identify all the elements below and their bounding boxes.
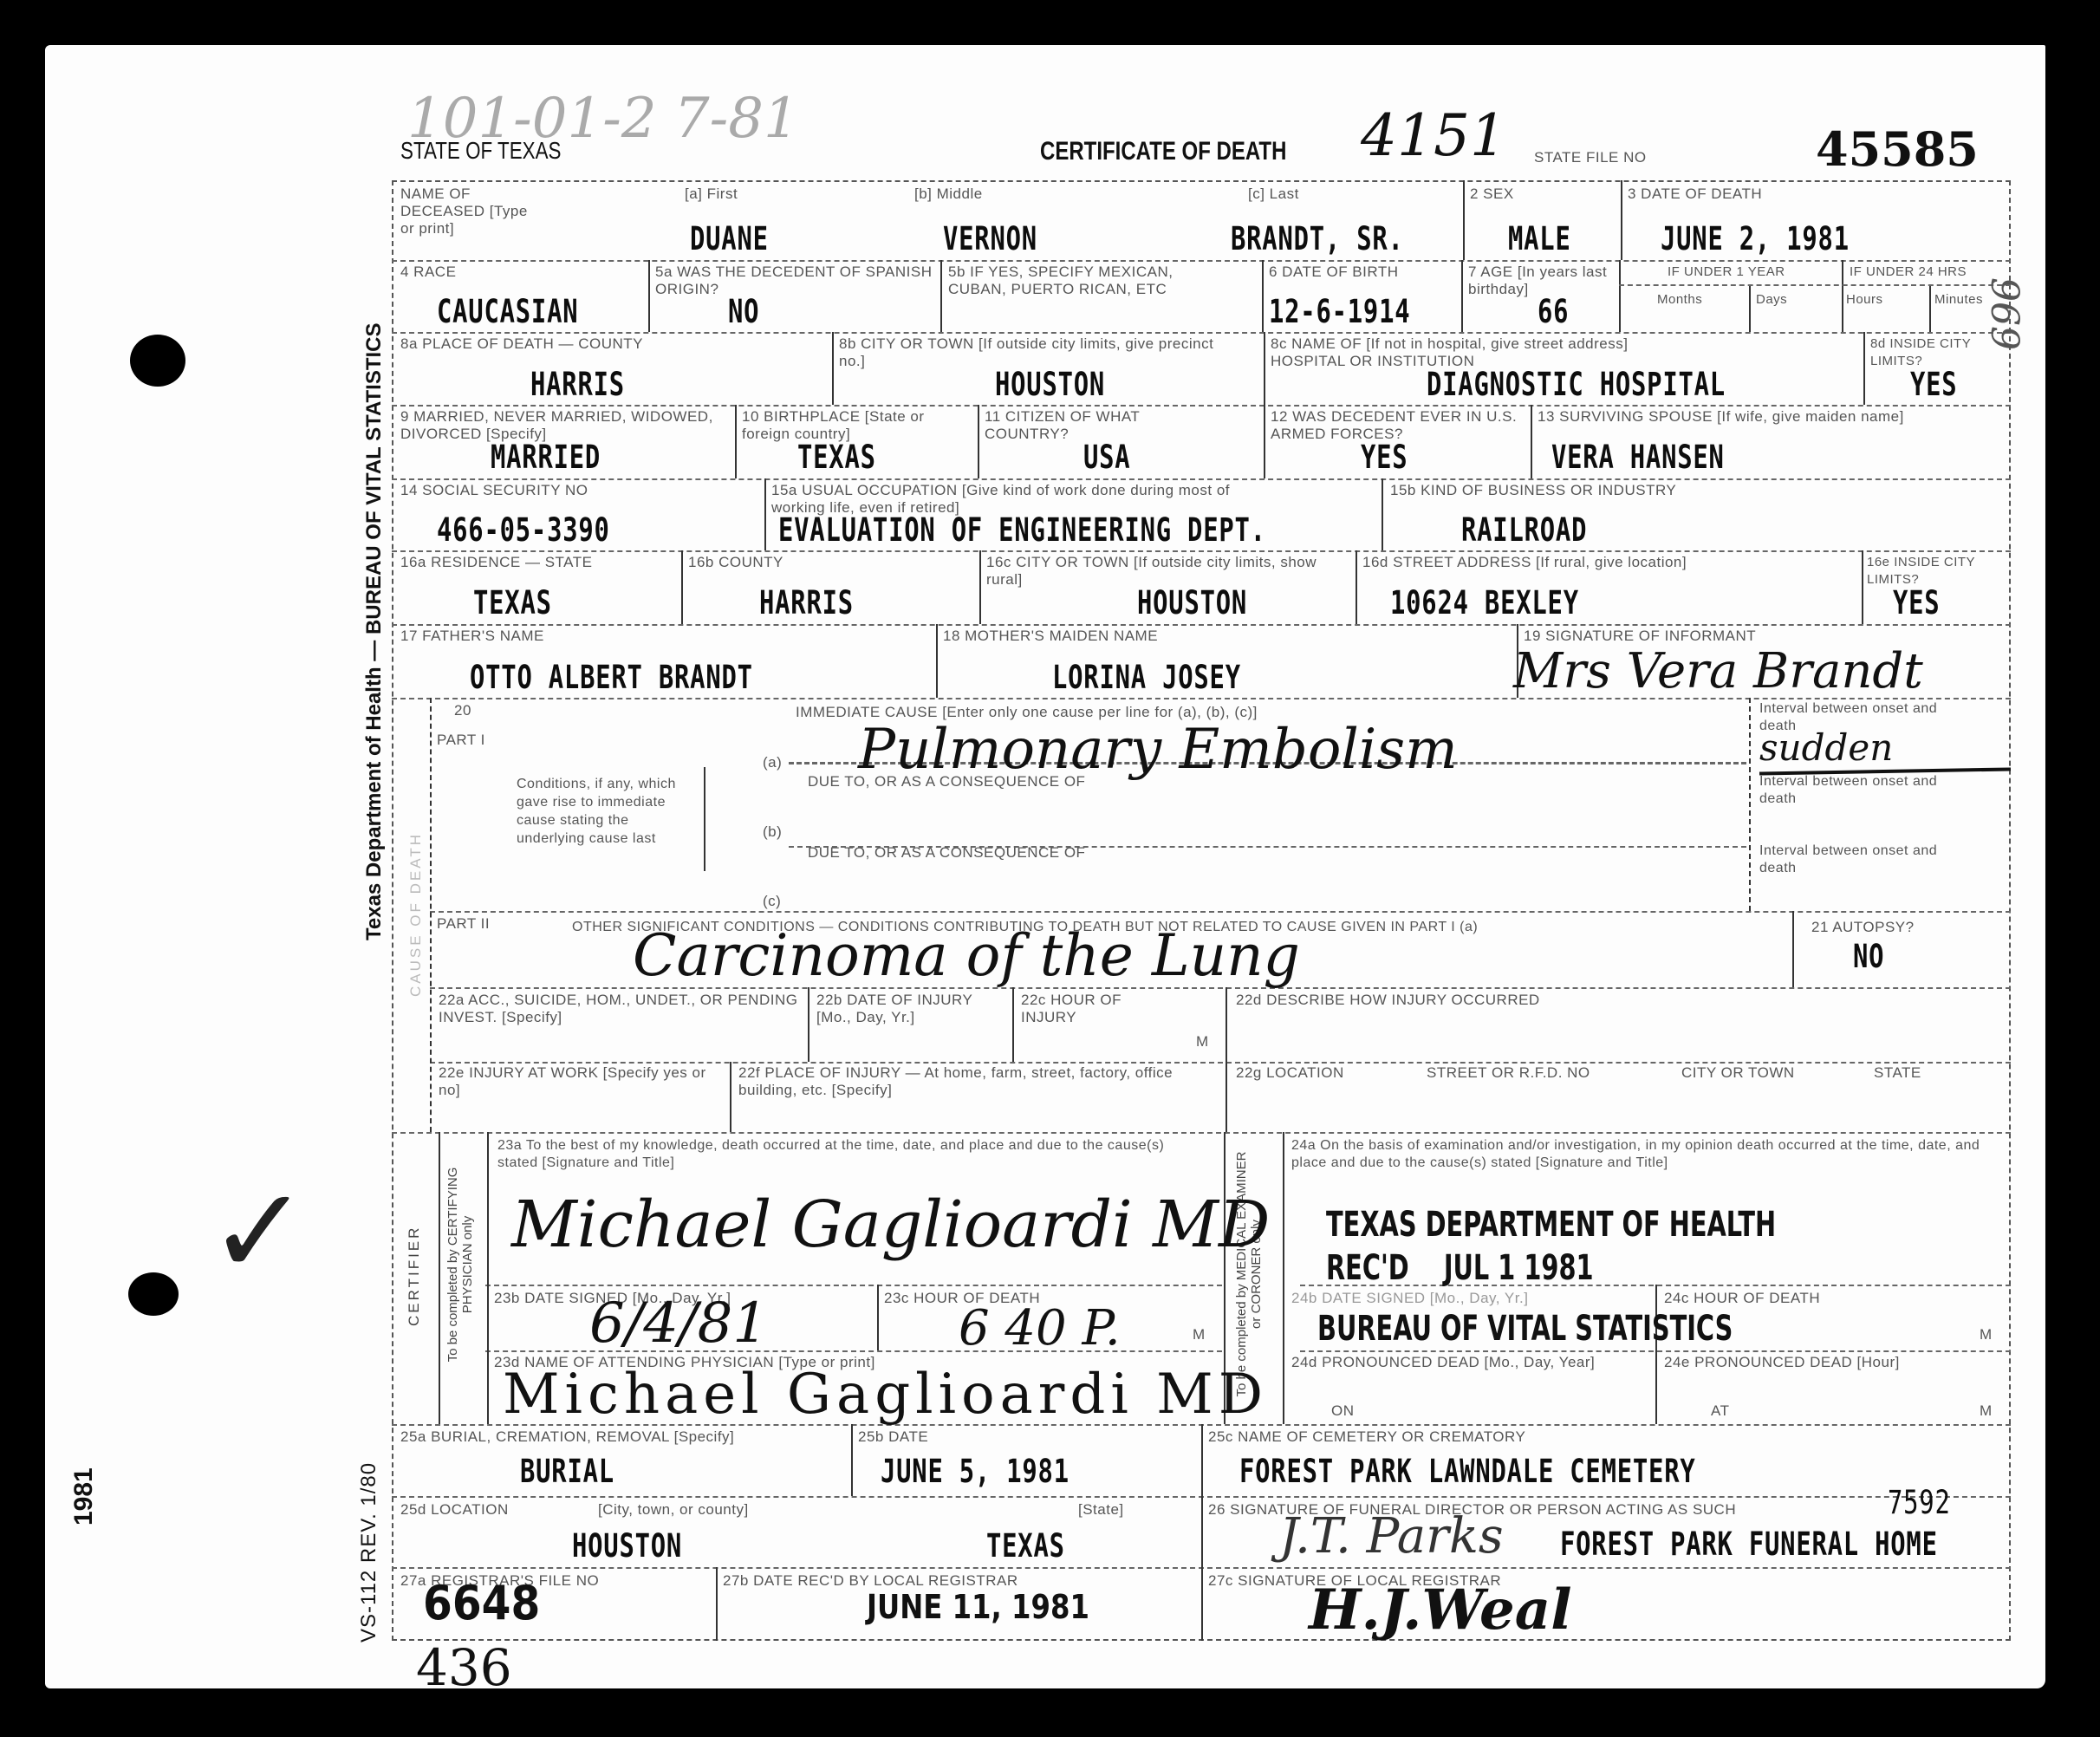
label-24c-m: M xyxy=(1980,1326,1993,1343)
label-22g: 22g LOCATION xyxy=(1236,1064,1344,1082)
race-value[interactable]: CAUCASIAN xyxy=(437,293,578,330)
place-city-value[interactable]: HOUSTON xyxy=(995,366,1105,403)
handwritten-local-no: 4151 xyxy=(1361,102,1506,169)
label-birthplace: 10 BIRTHPLACE [State or foreign country] xyxy=(742,408,976,443)
state-label: STATE OF TEXAS xyxy=(400,137,561,165)
received-stamp-line3: BUREAU OF VITAL STATISTICS xyxy=(1317,1309,1733,1349)
label-25d-state-hint: [State] xyxy=(1078,1501,1124,1519)
label-interval-3: Interval between onset and death xyxy=(1759,842,1976,877)
label-spanish-origin: 5a WAS THE DECEDENT OF SPANISH ORIGIN? xyxy=(655,263,933,298)
occupation-value[interactable]: EVALUATION OF ENGINEERING DEPT. xyxy=(778,511,1266,549)
bureau-vertical-label: Texas Department of Health — BUREAU OF V… xyxy=(362,322,387,940)
label-24c: 24c HOUR OF DEATH xyxy=(1664,1290,1820,1307)
label-part-2: PART II xyxy=(437,915,490,933)
label-name-of-deceased: NAME OF DECEASED [Type or print] xyxy=(400,185,530,237)
label-race: 4 RACE xyxy=(400,263,456,281)
label-22e: 22e INJURY AT WORK [Specify yes or no] xyxy=(439,1064,716,1099)
label-23c-m: M xyxy=(1193,1326,1206,1343)
label-residence-county: 16b COUNTY xyxy=(688,554,783,571)
check-mark: ✓ xyxy=(208,1161,309,1303)
label-street-address: 16d STREET ADDRESS [If rural, give locat… xyxy=(1362,554,1687,571)
bottom-handwritten-number: 436 xyxy=(416,1638,512,1697)
label-inside-city-16e: 16e INSIDE CITY LIMITS? xyxy=(1867,554,2006,589)
label-months: Months xyxy=(1657,291,1702,309)
label-22d: 22d DESCRIBE HOW INJURY OCCURRED xyxy=(1236,992,1540,1009)
age-value[interactable]: 66 xyxy=(1538,293,1569,330)
label-days: Days xyxy=(1756,291,1787,309)
inside-city-16e-value[interactable]: YES xyxy=(1893,584,1940,621)
label-citizen: 11 CITIZEN OF WHAT COUNTRY? xyxy=(985,408,1210,443)
registrar-signature[interactable]: H.J.Weal xyxy=(1309,1578,1572,1643)
date-signed-value[interactable]: 6/4/81 xyxy=(589,1291,768,1356)
funeral-home-value[interactable]: FOREST PARK FUNERAL HOME xyxy=(1560,1526,1938,1563)
label-24b: 24b DATE SIGNED [Mo., Day, Yr.] xyxy=(1291,1290,1528,1307)
hour-of-death-value[interactable]: 6 40 P. xyxy=(959,1300,1121,1356)
label-22g-state: STATE xyxy=(1874,1064,1921,1082)
label-date-of-birth: 6 DATE OF BIRTH xyxy=(1269,263,1399,281)
date-of-death-value[interactable]: JUNE 2, 1981 xyxy=(1661,220,1850,257)
label-sex: 2 SEX xyxy=(1470,185,1514,203)
right-handwritten-number: 969 xyxy=(1982,277,2026,350)
state-file-number: 45585 xyxy=(1816,121,1979,177)
label-25a: 25a BURIAL, CREMATION, REMOVAL [Specify] xyxy=(400,1428,734,1446)
label-22g-city: CITY OR TOWN xyxy=(1681,1064,1795,1082)
place-county-value[interactable]: HARRIS xyxy=(530,366,625,403)
last-name-value[interactable]: BRANDT, SR. xyxy=(1231,220,1404,257)
residence-city-value[interactable]: HOUSTON xyxy=(1137,584,1247,621)
date-of-birth-value[interactable]: 12-6-1914 xyxy=(1269,293,1410,330)
label-under-1-year: IF UNDER 1 YEAR xyxy=(1668,263,1785,281)
interval-value[interactable]: sudden xyxy=(1759,726,1893,769)
cemetery-value[interactable]: FOREST PARK LAWNDALE CEMETERY xyxy=(1239,1453,1696,1490)
street-address-value[interactable]: 10624 BEXLEY xyxy=(1390,584,1579,621)
residence-county-value[interactable]: HARRIS xyxy=(759,584,854,621)
birthplace-value[interactable]: TEXAS xyxy=(797,439,876,476)
disposition-date-value[interactable]: JUNE 5, 1981 xyxy=(881,1453,1070,1490)
other-conditions-value[interactable]: Carcinoma of the Lung xyxy=(633,922,1300,989)
residence-state-value[interactable]: TEXAS xyxy=(473,584,552,621)
label-24e-m: M xyxy=(1980,1402,1993,1420)
physician-only-vertical-label: To be completed by CERTIFYING PHYSICIAN … xyxy=(445,1139,475,1390)
location-city-value[interactable]: HOUSTON xyxy=(572,1527,682,1565)
label-22c-m: M xyxy=(1196,1033,1209,1051)
sex-value[interactable]: MALE xyxy=(1508,220,1571,257)
hospital-value[interactable]: DIAGNOSTIC HOSPITAL xyxy=(1427,366,1726,403)
label-autopsy: 21 AUTOPSY? xyxy=(1811,919,1915,936)
label-mother: 18 MOTHER'S MAIDEN NAME xyxy=(943,628,1158,645)
label-first: [a] First xyxy=(685,185,738,203)
label-22b: 22b DATE OF INJURY [Mo., Day, Yr.] xyxy=(816,992,1007,1026)
label-line-a: (a) xyxy=(763,754,782,771)
label-24d: 24d PRONOUNCED DEAD [Mo., Day, Year] xyxy=(1291,1354,1603,1371)
label-22a: 22a ACC., SUICIDE, HOM., UNDET., OR PEND… xyxy=(439,992,803,1026)
label-24e: 24e PRONOUNCED DEAD [Hour] xyxy=(1664,1354,1900,1371)
label-under-24-hrs: IF UNDER 24 HRS xyxy=(1850,263,1967,281)
label-23a: 23a To the best of my knowledge, death o… xyxy=(497,1137,1208,1172)
label-residence-city: 16c CITY OR TOWN [If outside city limits… xyxy=(986,554,1350,589)
inside-city-8d-value[interactable]: YES xyxy=(1910,366,1957,403)
label-24e-at: AT xyxy=(1711,1402,1729,1420)
label-interval-2: Interval between onset and death xyxy=(1759,773,1976,808)
label-hours: Hours xyxy=(1846,291,1883,309)
spanish-origin-value[interactable]: NO xyxy=(728,293,759,330)
label-residence-state: 16a RESIDENCE — STATE xyxy=(400,554,592,571)
label-due-to-2: DUE TO, OR AS A CONSEQUENCE OF xyxy=(808,844,1085,862)
funeral-license-value[interactable]: 7592 xyxy=(1888,1484,1951,1521)
label-22g-street: STREET OR R.F.D. NO xyxy=(1427,1064,1590,1082)
form-revision-label: VS-112 REV. 1/80 xyxy=(357,1462,381,1643)
label-item-20: 20 xyxy=(454,702,471,719)
mother-value[interactable]: LORINA JOSEY xyxy=(1052,659,1241,696)
label-surviving-spouse: 13 SURVIVING SPOUSE [If wife, give maide… xyxy=(1538,408,1904,426)
immediate-cause-value[interactable]: Pulmonary Embolism xyxy=(858,718,1458,782)
label-24d-on: ON xyxy=(1331,1402,1355,1420)
label-middle: [b] Middle xyxy=(914,185,983,203)
disposition-method-value[interactable]: BURIAL xyxy=(520,1453,614,1490)
conditions-note: Conditions, if any, which gave rise to i… xyxy=(517,775,699,848)
surviving-spouse-value[interactable]: VERA HANSEN xyxy=(1551,439,1725,476)
received-stamp-line2: REC'D JUL 1 1981 xyxy=(1326,1248,1594,1288)
ssn-value[interactable]: 466-05-3390 xyxy=(437,511,610,549)
state-file-label: STATE FILE NO xyxy=(1534,149,1647,166)
business-value[interactable]: RAILROAD xyxy=(1461,511,1587,549)
marital-value[interactable]: MARRIED xyxy=(491,439,601,476)
label-25c: 25c NAME OF CEMETERY OR CREMATORY xyxy=(1208,1428,1525,1446)
label-24a: 24a On the basis of examination and/or i… xyxy=(1291,1137,1985,1172)
label-armed-forces: 12 WAS DECEDENT EVER IN U.S. ARMED FORCE… xyxy=(1271,408,1522,443)
left-edge-year-stamp: 1981 xyxy=(69,1467,99,1526)
label-business: 15b KIND OF BUSINESS OR INDUSTRY xyxy=(1390,482,1676,499)
label-25d-city-hint: [City, town, or county] xyxy=(598,1501,749,1519)
label-due-to-1: DUE TO, OR AS A CONSEQUENCE OF xyxy=(808,773,1085,790)
punch-hole xyxy=(128,1272,179,1316)
label-minutes: Minutes xyxy=(1934,291,1983,309)
attending-physician-value[interactable]: Michael Gaglioardi MD xyxy=(503,1363,1268,1427)
label-27b: 27b DATE REC'D BY LOCAL REGISTRAR xyxy=(723,1572,1018,1590)
cause-of-death-vertical-label: CAUSE OF DEATH xyxy=(407,832,425,997)
label-line-b: (b) xyxy=(763,823,782,841)
label-22f: 22f PLACE OF INJURY — At home, farm, str… xyxy=(738,1064,1224,1099)
label-father: 17 FATHER'S NAME xyxy=(400,628,544,645)
label-25b: 25b DATE xyxy=(858,1428,928,1446)
citizen-value[interactable]: USA xyxy=(1083,439,1130,476)
label-place-county: 8a PLACE OF DEATH — COUNTY xyxy=(400,335,643,353)
funeral-director-signature[interactable]: J.T. Parks xyxy=(1279,1508,1504,1565)
location-state-value[interactable]: TEXAS xyxy=(986,1527,1065,1565)
first-name-value[interactable]: DUANE xyxy=(690,220,769,257)
label-hospital: 8c NAME OF [If not in hospital, give str… xyxy=(1271,335,1704,370)
registrar-file-no-value[interactable]: 6648 xyxy=(423,1576,540,1630)
received-stamp-line1: TEXAS DEPARTMENT OF HEALTH xyxy=(1326,1205,1776,1245)
physician-signature[interactable]: Michael Gaglioardi MD xyxy=(511,1187,1270,1262)
father-value[interactable]: OTTO ALBERT BRANDT xyxy=(470,659,753,696)
certifier-vertical-label: CERTIFIER xyxy=(406,1226,423,1326)
label-22c: 22c HOUR OF INJURY xyxy=(1021,992,1142,1026)
certificate-title: CERTIFICATE OF DEATH xyxy=(1040,137,1286,166)
middle-name-value[interactable]: VERNON xyxy=(943,220,1037,257)
label-25d: 25d LOCATION xyxy=(400,1501,509,1519)
label-last: [c] Last xyxy=(1248,185,1299,203)
punch-hole xyxy=(130,335,185,387)
label-place-city: 8b CITY OR TOWN [If outside city limits,… xyxy=(839,335,1238,370)
armed-forces-value[interactable]: YES xyxy=(1361,439,1408,476)
label-ssn: 14 SOCIAL SECURITY NO xyxy=(400,482,588,499)
label-date-of-death: 3 DATE OF DEATH xyxy=(1628,185,1762,203)
label-part-1: PART I xyxy=(437,732,485,749)
label-informant: 19 SIGNATURE OF INFORMANT xyxy=(1524,628,1756,645)
label-spanish-specify: 5b IF YES, SPECIFY MEXICAN, CUBAN, PUERT… xyxy=(948,263,1200,298)
label-marital: 9 MARRIED, NEVER MARRIED, WIDOWED, DIVOR… xyxy=(400,408,730,443)
label-line-c: (c) xyxy=(763,893,781,910)
registrar-date-value[interactable]: JUNE 11, 1981 xyxy=(867,1588,1089,1626)
autopsy-value[interactable]: NO xyxy=(1853,938,1884,975)
informant-signature[interactable]: Mrs Vera Brandt xyxy=(1513,643,1923,699)
